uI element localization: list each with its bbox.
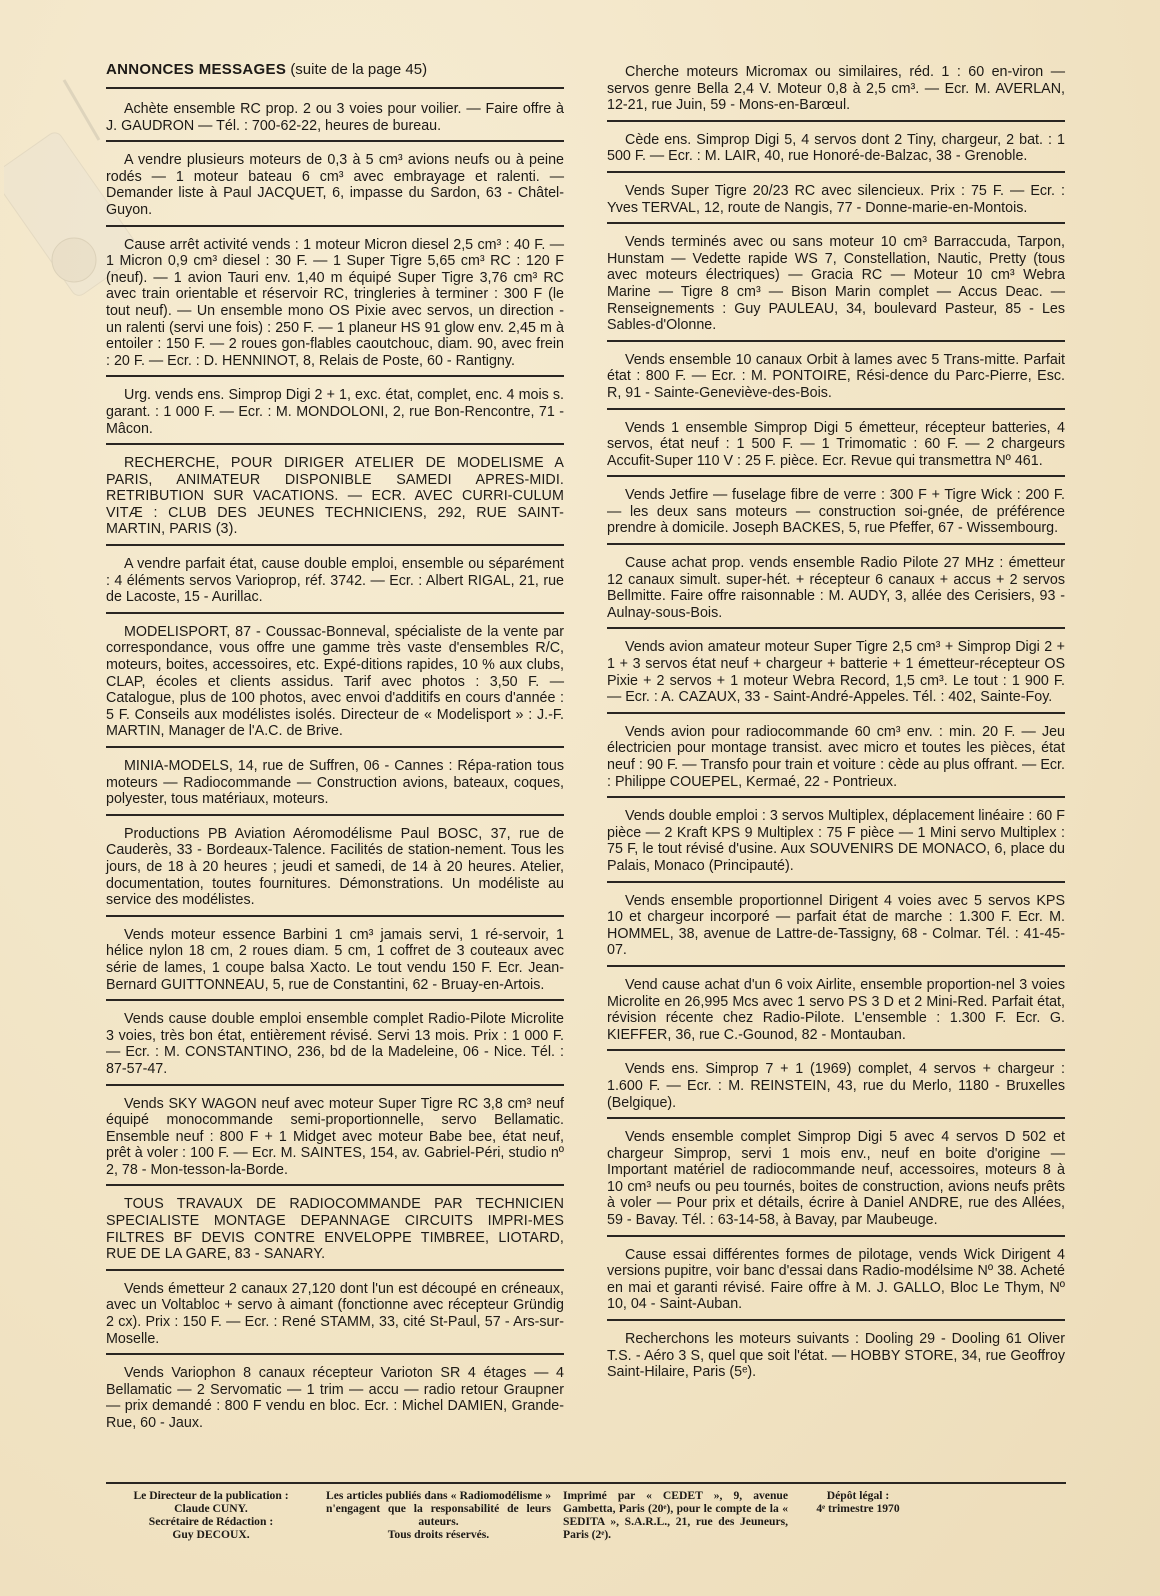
colophon-director: Le Directeur de la publication : Claude … [106, 1489, 316, 1541]
classified-ad: Vends double emploi : 3 servos Multiplex… [607, 804, 1065, 882]
classified-ad: Vends moteur essence Barbini 1 cm³ jamai… [106, 923, 564, 1001]
classified-ad: Vends ensemble proportionnel Dirigent 4 … [607, 889, 1065, 967]
colophon: Le Directeur de la publication : Claude … [106, 1489, 1066, 1541]
classified-ad: Vends Jetfire — fuselage fibre de verre … [607, 483, 1065, 545]
classified-ad: Cède ens. Simprop Digi 5, 4 servos dont … [607, 128, 1065, 173]
left-column: ANNONCES MESSAGES (suite de la page 45) … [106, 60, 564, 1444]
right-column: Cherche moteurs Micromax ou similaires, … [607, 60, 1065, 1393]
classified-ad: Productions PB Aviation Aéromodélisme Pa… [106, 822, 564, 917]
section-title: ANNONCES MESSAGES [106, 61, 286, 78]
classified-ad: RECHERCHE, POUR DIRIGER ATELIER DE MODEL… [106, 451, 564, 546]
classified-ad: Vends émetteur 2 canaux 27,120 dont l'un… [106, 1277, 564, 1355]
classified-ad: Cause arrêt activité vends : 1 moteur Mi… [106, 233, 564, 378]
colophon-disclaimer: Les articles publiés dans « Radiomodélis… [326, 1489, 551, 1541]
classified-ad: Vends ensemble 10 canaux Orbit à lames a… [607, 348, 1065, 410]
classified-ad: Vends ens. Simprop 7 + 1 (1969) complet,… [607, 1057, 1065, 1119]
footer-divider [106, 1482, 1066, 1484]
classified-ad: Vends cause double emploi ensemble compl… [106, 1007, 564, 1085]
classified-ad: Vends Variophon 8 canaux récepteur Vario… [106, 1361, 564, 1437]
section-heading: ANNONCES MESSAGES (suite de la page 45) [106, 60, 564, 89]
classified-ad: Vends ensemble complet Simprop Digi 5 av… [607, 1125, 1065, 1237]
page-content: ANNONCES MESSAGES (suite de la page 45) … [106, 60, 1065, 1480]
classified-ad: A vendre parfait état, cause double empl… [106, 552, 564, 614]
classified-ad: Vends Super Tigre 20/23 RC avec silencie… [607, 179, 1065, 224]
classified-ad: Vends avion amateur moteur Super Tigre 2… [607, 635, 1065, 713]
classified-ad: Urg. vends ens. Simprop Digi 2 + 1, exc.… [106, 383, 564, 445]
section-subtitle: (suite de la page 45) [290, 61, 427, 78]
classified-ad: MINIA-MODELS, 14, rue de Suffren, 06 - C… [106, 754, 564, 816]
classified-ad: TOUS TRAVAUX DE RADIOCOMMANDE PAR TECHNI… [106, 1192, 564, 1270]
classified-ad: Vends 1 ensemble Simprop Digi 5 émetteur… [607, 416, 1065, 478]
classified-ad: Cherche moteurs Micromax ou similaires, … [607, 60, 1065, 122]
colophon-legal-deposit: Dépôt légal : 4ᵉ trimestre 1970 [798, 1489, 918, 1541]
classified-ad: Vend cause achat d'un 6 voix Airlite, en… [607, 973, 1065, 1051]
colophon-printer: Imprimé par « CEDET », 9, avenue Gambett… [563, 1489, 788, 1541]
classified-ad: Vends terminés avec ou sans moteur 10 cm… [607, 230, 1065, 342]
classified-ad: Vends SKY WAGON neuf avec moteur Super T… [106, 1092, 564, 1187]
classified-ad: MODELISPORT, 87 - Coussac-Bonneval, spéc… [106, 620, 564, 748]
classified-ad: Recherchons les moteurs suivants : Dooli… [607, 1327, 1065, 1387]
classified-ad: Vends avion pour radiocommande 60 cm³ en… [607, 720, 1065, 798]
classified-ad: Cause essai différentes formes de pilota… [607, 1243, 1065, 1321]
classified-ad: A vendre plusieurs moteurs de 0,3 à 5 cm… [106, 148, 564, 226]
classified-ad: Achète ensemble RC prop. 2 ou 3 voies po… [106, 97, 564, 142]
classified-ad: Cause achat prop. vends ensemble Radio P… [607, 551, 1065, 629]
